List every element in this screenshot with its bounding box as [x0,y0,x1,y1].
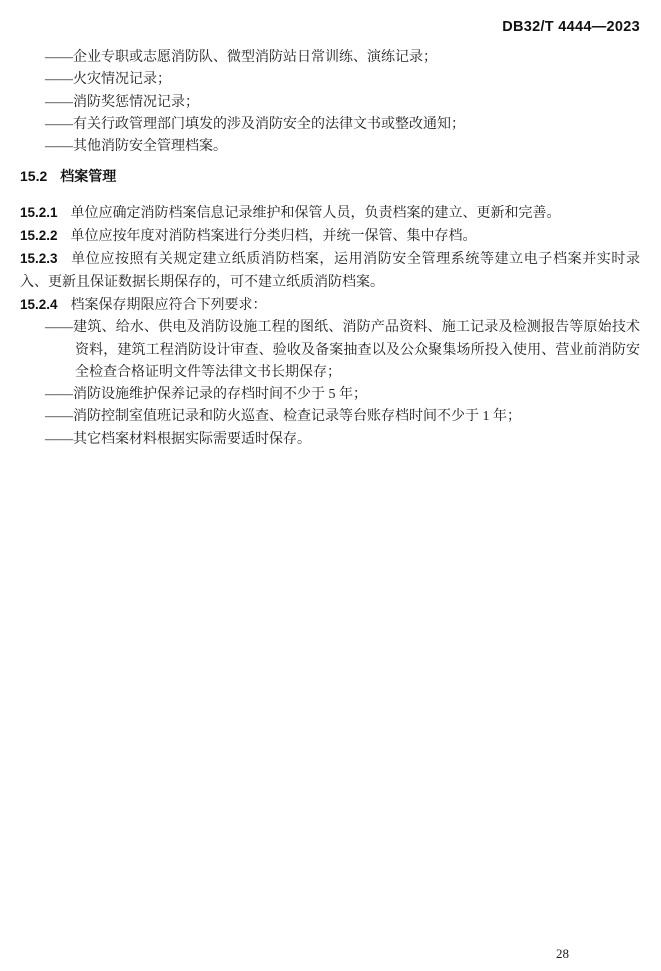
clause-number: 15.2.3 [20,251,58,266]
clause: 15.2.4档案保存期限应符合下列要求： [20,294,640,317]
section-number: 15.2 [20,168,47,184]
section-title: 档案管理 [60,168,116,184]
clause: 15.2.1单位应确定消防档案信息记录维护和保管人员，负责档案的建立、更新和完善… [20,202,640,225]
clause-text: 档案保存期限应符合下列要求： [71,298,267,313]
clause: 15.2.2单位应按年度对消防档案进行分类归档，并统一保管、集中存档。 [20,225,640,248]
list-item: ——火灾情况记录； [45,69,640,91]
list-item: ——消防设施维护保养记录的存档时间不少于 5 年； [45,384,640,406]
clause-text: 单位应按年度对消防档案进行分类归档，并统一保管、集中存档。 [71,229,477,244]
list-item: ——其它档案材料根据实际需要适时保存。 [45,429,640,451]
list-item: ——消防控制室值班记录和防火巡查、检查记录等台账存档时间不少于 1 年； [45,406,640,428]
clause-text: 单位应确定消防档案信息记录维护和保管人员，负责档案的建立、更新和完善。 [71,206,561,221]
page-content: ——企业专职或志愿消防队、微型消防站日常训练、演练记录； ——火灾情况记录； —… [20,47,640,451]
clause-number: 15.2.1 [20,205,58,220]
standard-number-header: DB32/T 4444—2023 [502,19,640,35]
list-item: ——建筑、给水、供电及消防设施工程的图纸、消防产品资料、施工记录及检测报告等原始… [45,317,640,384]
list-item: ——有关行政管理部门填发的涉及消防安全的法律文书或整改通知； [45,114,640,136]
page-number: 28 [556,946,569,962]
clause-number: 15.2.2 [20,228,58,243]
list-item: ——其他消防安全管理档案。 [45,136,640,158]
clause-number: 15.2.4 [20,297,58,312]
section-heading: 15.2档案管理 [20,165,640,187]
list-item: ——企业专职或志愿消防队、微型消防站日常训练、演练记录； [45,47,640,69]
clause-text: 单位应按照有关规定建立纸质消防档案，运用消防安全管理系统等建立电子档案并实时录入… [20,252,640,289]
list-item: ——消防奖惩情况记录； [45,92,640,114]
document-page: DB32/T 4444—2023 ——企业专职或志愿消防队、微型消防站日常训练、… [0,0,661,971]
clause: 15.2.3单位应按照有关规定建立纸质消防档案，运用消防安全管理系统等建立电子档… [20,248,640,294]
